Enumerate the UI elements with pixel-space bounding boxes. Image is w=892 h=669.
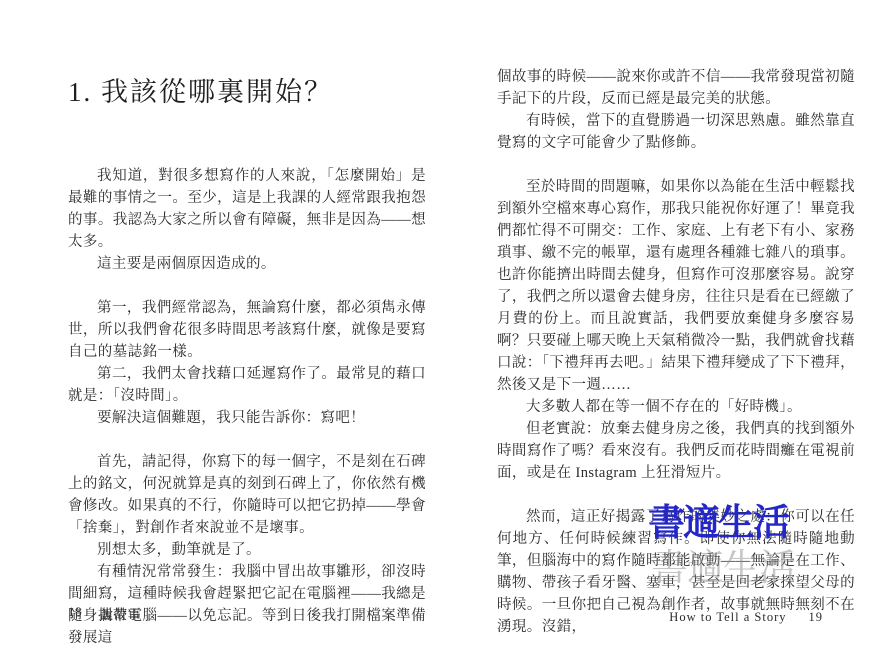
left-page-body: 我知道，對很多想寫作的人來說，「怎麼開始」是最難的事情之一。至少，這是上我課的人… [68, 165, 426, 649]
text-section: 第一，我們經常認為，無論寫什麼，都必須雋永傳世，所以我們會花很多時間思考該寫什麼… [68, 297, 426, 429]
chapter-title: 1. 我該從哪裏開始？ [68, 70, 426, 109]
text-section: 個故事的時候——說來你或許不信——我常發現當初隨手記下的片段，反而已經是最完美的… [497, 66, 855, 154]
right-page-footer: How to Tell a Story 19 [497, 610, 823, 625]
book-spread: 1. 我該從哪裏開始？ 我知道，對很多想寫作的人來說，「怎麼開始」是最難的事情之… [0, 0, 892, 669]
page-number: 18 [68, 605, 83, 623]
right-page: 個故事的時候——說來你或許不信——我常發現當初隨手記下的片段，反而已經是最完美的… [497, 66, 855, 638]
book-title: 說故事 [101, 605, 142, 623]
left-page-footer: 18 說故事 [68, 605, 141, 623]
left-page: 1. 我該從哪裏開始？ 我知道，對很多想寫作的人來說，「怎麼開始」是最難的事情之… [68, 70, 426, 649]
paragraph: 個故事的時候——說來你或許不信——我常發現當初隨手記下的片段，反而已經是最完美的… [497, 66, 855, 110]
book-title-english: How to Tell a Story [669, 610, 786, 625]
text-section: 我知道，對很多想寫作的人來說，「怎麼開始」是最難的事情之一。至少，這是上我課的人… [68, 165, 426, 275]
paragraph: 別想太多，動筆就是了。 [68, 539, 426, 561]
paragraph: 至於時間的問題嘛，如果你以為能在生活中輕鬆找到額外空檔來專心寫作，那我只能祝你好… [497, 176, 855, 396]
paragraph: 這主要是兩個原因造成的。 [68, 253, 426, 275]
paragraph: 首先，請記得，你寫下的每一個字，不是刻在石碑上的銘文，何況就算是真的刻到石碑上了… [68, 451, 426, 539]
text-section: 至於時間的問題嘛，如果你以為能在生活中輕鬆找到額外空檔來專心寫作，那我只能祝你好… [497, 176, 855, 484]
paragraph: 有時候，當下的直覺勝過一切深思熟慮。雖然靠直覺寫的文字可能會少了點修飾。 [497, 110, 855, 154]
page-number: 19 [809, 610, 824, 625]
paragraph: 第一，我們經常認為，無論寫什麼，都必須雋永傳世，所以我們會花很多時間思考該寫什麼… [68, 297, 426, 363]
paragraph: 要解決這個難題，我只能告訴你：寫吧！ [68, 407, 426, 429]
paragraph: 第二，我們太會找藉口延遲寫作了。最常見的藉口就是：「沒時間」。 [68, 363, 426, 407]
paragraph: 但老實說：放棄去健身房之後，我們真的找到額外時間寫作了嗎？看來沒有。我們反而花時… [497, 418, 855, 484]
paragraph: 我知道，對很多想寫作的人來說，「怎麼開始」是最難的事情之一。至少，這是上我課的人… [68, 165, 426, 253]
paragraph: 大多數人都在等一個不存在的「好時機」。 [497, 396, 855, 418]
